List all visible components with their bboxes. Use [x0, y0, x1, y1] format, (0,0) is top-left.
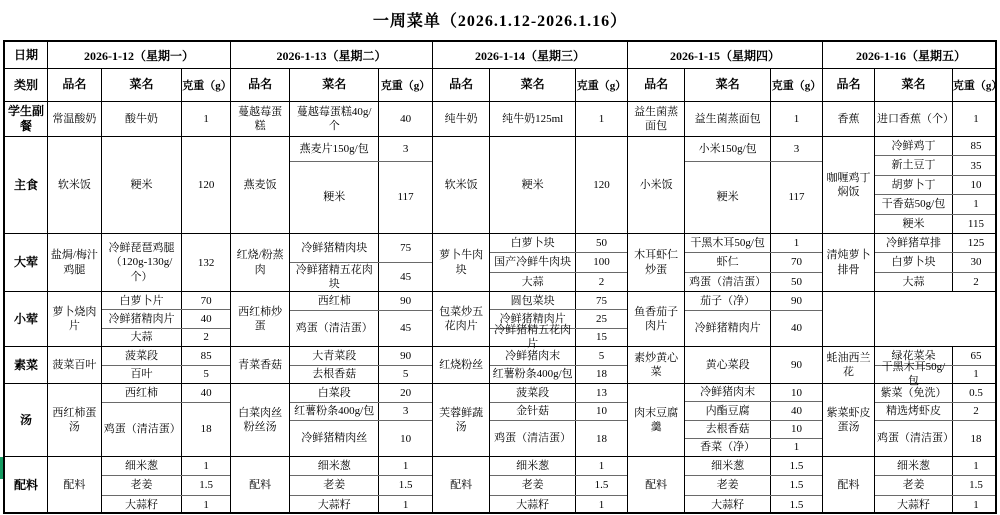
- item-row: [875, 292, 997, 346]
- product-cell: 菠菜百叶: [48, 347, 101, 383]
- items-column: 燕麦片150g/包3粳米117: [289, 137, 432, 233]
- product-cell: 燕麦饭: [231, 137, 289, 233]
- day-cell-block: 咖喱鸡丁焖饭冷鲜鸡丁85新土豆丁35胡萝卜丁10干香菇50g/包1粳米115: [822, 137, 997, 233]
- day-cell-block: 香蕉进口香蕉（个）1: [822, 102, 997, 136]
- item-row: 大蒜2: [102, 328, 230, 346]
- weight-header-cell: 克重（g）: [378, 69, 432, 101]
- dish-cell: 精选烤虾皮: [875, 403, 952, 421]
- weight-cell: 13: [575, 384, 627, 402]
- items-column: 细米葱1老姜1.5大蒜籽1: [874, 457, 997, 514]
- items-column: 细米葱1.5老姜1.5大蒜籽1.5: [684, 457, 822, 514]
- product-cell: 香蕉: [823, 102, 874, 136]
- items-column: 纯牛奶125ml1: [489, 102, 627, 136]
- dish-cell: 冷鲜猪肉末: [685, 384, 770, 401]
- product-cell: 西红柿炒蛋: [231, 292, 289, 346]
- day-cell-block: 纯牛奶纯牛奶125ml1: [432, 102, 627, 136]
- dish-cell: 细米葱: [685, 457, 770, 475]
- day-cell-block: 西红柿炒蛋西红柿90鸡蛋（清洁蛋）45: [230, 292, 432, 346]
- weight-cell: 1.5: [770, 476, 822, 494]
- dish-cell: 粳米: [685, 162, 770, 233]
- dish-cell: 老姜: [875, 476, 952, 494]
- weight-cell: 117: [378, 162, 432, 233]
- day-block-header: 2026-1-15（星期四）: [627, 42, 822, 68]
- weight-cell: 18: [952, 421, 997, 456]
- weight-cell: 15: [575, 329, 627, 346]
- dish-cell: 老姜: [490, 476, 575, 494]
- item-row: 细米葱1: [875, 457, 997, 475]
- item-row: 去根香菇5: [290, 365, 432, 384]
- weight-cell: 1: [575, 457, 627, 475]
- item-row: 紫菜（免洗）0.5: [875, 384, 997, 402]
- weight-cell: 90: [378, 292, 432, 310]
- weight-cell: 1: [952, 102, 997, 136]
- weight-cell: 2: [181, 329, 230, 346]
- dish-header-cell: 菜名: [290, 69, 378, 101]
- items-column: 大青菜段90去根香菇5: [289, 347, 432, 383]
- day-cell-block: 益生菌蒸面包益生菌蒸面包1: [627, 102, 822, 136]
- weight-cell: 10: [952, 176, 997, 194]
- items-column: 冷鲜猪肉末10内酯豆腐40去根香菇10香菜（净）1: [684, 384, 822, 456]
- item-row: 鸡蛋（清洁蛋）45: [290, 310, 432, 346]
- day-cell-block: 清炖萝卜排骨冷鲜猪草排125白萝卜块30大蒜2: [822, 234, 997, 291]
- weight-cell: 2: [575, 273, 627, 291]
- weight-cell: 5: [575, 347, 627, 365]
- product-header-cell: 品名: [231, 69, 289, 101]
- day-cell-block: 蔓越莓蛋糕蔓越莓蛋糕40g/个40: [230, 102, 432, 136]
- day-block-header: 2026-1-16（星期五）: [822, 42, 997, 68]
- selection-marker: [0, 457, 3, 479]
- weight-cell: 1: [575, 102, 627, 136]
- item-row: 胡萝卜丁10: [875, 175, 997, 194]
- weight-cell: 125: [952, 234, 997, 252]
- product-cell: 肉末豆腐羹: [628, 384, 684, 456]
- dish-cell: 粳米: [875, 215, 952, 233]
- category-cell: 素菜: [5, 347, 47, 383]
- dish-header-cell: 菜名: [490, 69, 575, 101]
- weight-cell: 1: [770, 102, 822, 136]
- dish-cell: 白萝卜块: [490, 234, 575, 252]
- product-cell: 紫菜虾皮蛋汤: [823, 384, 874, 456]
- items-column: 益生菌蒸面包1: [684, 102, 822, 136]
- item-row: 鸡蛋（清洁蛋）18: [102, 402, 230, 456]
- weight-cell: 1: [181, 102, 230, 136]
- dish-cell: 鸡蛋（清洁蛋）: [875, 421, 952, 456]
- dish-cell: 大青菜段: [290, 347, 378, 365]
- dish-cell: 冷鲜鸡丁: [875, 137, 952, 155]
- dish-weight-header: 菜名克重（g）: [289, 69, 432, 101]
- dish-cell: 国产冷鲜牛肉块: [490, 253, 575, 271]
- dish-cell: 白菜段: [290, 384, 378, 402]
- weight-cell: 1: [952, 457, 997, 475]
- item-row: 冷鲜猪肉末10: [685, 384, 822, 401]
- weight-cell: 90: [770, 292, 822, 310]
- weight-cell: 1: [181, 496, 230, 514]
- item-row: 大青菜段90: [290, 347, 432, 365]
- product-cell: 红烧/粉蒸肉: [231, 234, 289, 291]
- weight-cell: 50: [575, 234, 627, 252]
- weight-cell: 100: [575, 253, 627, 271]
- item-row: 冷鲜猪精五花肉片15: [490, 328, 627, 346]
- item-row: 白萝卜块30: [875, 252, 997, 271]
- dish-weight-header: 菜名克重（g）: [684, 69, 822, 101]
- weight-cell: 90: [770, 347, 822, 383]
- product-cell: 配料: [231, 457, 289, 514]
- item-row: 大蒜籽1.5: [685, 495, 822, 514]
- item-row: 内酯豆腐40: [685, 401, 822, 419]
- item-row: 冷鲜猪草排125: [875, 234, 997, 252]
- weight-cell: 70: [181, 292, 230, 309]
- items-column: 冷鲜猪肉末5红薯粉条400g/包18: [489, 347, 627, 383]
- dish-cell: 益生菌蒸面包: [685, 102, 770, 136]
- items-column: 菠菜段85百叶5: [101, 347, 230, 383]
- dish-cell: 老姜: [102, 476, 182, 494]
- item-row: 冷鲜猪精肉块75: [290, 234, 432, 262]
- day-cell-block: 素炒黄心菜黄心菜段90: [627, 347, 822, 383]
- weight-cell: 1: [952, 496, 997, 514]
- dish-cell: 紫菜（免洗）: [875, 384, 952, 402]
- dish-cell: 细米葱: [102, 457, 182, 475]
- weight-cell: 10: [770, 384, 822, 401]
- product-cell: 软米饭: [433, 137, 489, 233]
- item-row: 鸡蛋（清洁蛋）50: [685, 272, 822, 291]
- menu-table: 日期2026-1-12（星期一）2026-1-13（星期二）2026-1-14（…: [3, 40, 997, 514]
- day-cell-block: 配料细米葱1.5老姜1.5大蒜籽1.5: [627, 457, 822, 514]
- weight-cell: 18: [575, 366, 627, 384]
- item-row: 细米葱1: [490, 457, 627, 475]
- weight-cell: 70: [770, 253, 822, 271]
- product-cell: 芙蓉鲜蔬汤: [433, 384, 489, 456]
- header-item-row: 菜名克重（g）: [875, 69, 997, 101]
- dish-cell: 酸牛奶: [102, 102, 182, 136]
- dish-cell: 冷鲜猪精五花肉块: [290, 263, 378, 291]
- product-cell: 青菜香菇: [231, 347, 289, 383]
- product-cell: 西红柿蛋汤: [48, 384, 101, 456]
- column-header-block: 品名菜名克重（g）: [627, 69, 822, 101]
- day-cell-block: 鱼香茄子肉片茄子（净）90冷鲜猪精肉片40: [627, 292, 822, 346]
- day-cell-block: 木耳虾仁炒蛋干黑木耳50g/包1虾仁70鸡蛋（清洁蛋）50: [627, 234, 822, 291]
- menu-category-row: 汤西红柿蛋汤西红柿40鸡蛋（清洁蛋）18白菜肉丝粉丝汤白菜段20红薯粉条400g…: [5, 383, 995, 456]
- product-cell: 配料: [48, 457, 101, 514]
- weight-cell: 1: [378, 457, 432, 475]
- item-row: 圆包菜块75: [490, 292, 627, 309]
- weight-cell: 90: [378, 347, 432, 365]
- items-column: 干黑木耳50g/包1虾仁70鸡蛋（清洁蛋）50: [684, 234, 822, 291]
- page-title: 一周菜单（2026.1.12-2026.1.16）: [0, 8, 1000, 31]
- product-header-cell: 品名: [48, 69, 101, 101]
- items-column: 紫菜（免洗）0.5精选烤虾皮2鸡蛋（清洁蛋）18: [874, 384, 997, 456]
- item-row: 精选烤虾皮2: [875, 402, 997, 421]
- weight-cell: 117: [770, 162, 822, 233]
- weight-cell: 75: [378, 234, 432, 262]
- weight-cell: 40: [770, 311, 822, 346]
- dish-cell: 去根香菇: [290, 366, 378, 384]
- dish-cell: 细米葱: [490, 457, 575, 475]
- dish-header-cell: 菜名: [875, 69, 952, 101]
- weight-cell: 1.5: [181, 476, 230, 494]
- item-row: 酸牛奶1: [102, 102, 230, 136]
- items-column: 茄子（净）90冷鲜猪精肉片40: [684, 292, 822, 346]
- day-cell-block: 肉末豆腐羹冷鲜猪肉末10内酯豆腐40去根香菇10香菜（净）1: [627, 384, 822, 456]
- item-row: 百叶5: [102, 365, 230, 384]
- item-row: 西红柿90: [290, 292, 432, 310]
- menu-category-row: 学生副餐常温酸奶酸牛奶1蔓越莓蛋糕蔓越莓蛋糕40g/个40纯牛奶纯牛奶125ml…: [5, 101, 995, 136]
- item-row: 粳米115: [875, 214, 997, 233]
- item-row: 冷鲜猪精肉丝10: [290, 420, 432, 456]
- weight-cell: 1.5: [575, 476, 627, 494]
- item-row: 国产冷鲜牛肉块100: [490, 252, 627, 271]
- item-row: 白萝卜片70: [102, 292, 230, 309]
- product-cell: 配料: [823, 457, 874, 514]
- header-item-row: 菜名克重（g）: [685, 69, 822, 101]
- weight-cell: 40: [378, 102, 432, 136]
- item-row: 干黑木耳50g/包1: [685, 234, 822, 252]
- items-column: 白萝卜块50国产冷鲜牛肉块100大蒜2: [489, 234, 627, 291]
- dish-cell: [875, 292, 997, 346]
- dish-cell: 冷鲜猪精五花肉片: [490, 329, 575, 346]
- weight-cell: 1.5: [378, 476, 432, 494]
- day-cell-block: 西红柿蛋汤西红柿40鸡蛋（清洁蛋）18: [47, 384, 230, 456]
- day-cell-block: 配料细米葱1老姜1.5大蒜籽1: [822, 457, 997, 514]
- day-cell-block: 萝卜烧肉片白萝卜片70冷鲜猪精肉片40大蒜2: [47, 292, 230, 346]
- dish-cell: 小米150g/包: [685, 137, 770, 161]
- dish-cell: 老姜: [290, 476, 378, 494]
- product-header-cell: 品名: [433, 69, 489, 101]
- weight-cell: 1: [575, 496, 627, 514]
- item-row: 虾仁70: [685, 252, 822, 271]
- column-header-block: 品名菜名克重（g）: [47, 69, 230, 101]
- items-column: 黄心菜段90: [684, 347, 822, 383]
- items-column: 白菜段20红薯粉条400g/包3冷鲜猪精肉丝10: [289, 384, 432, 456]
- day-cell-block: 包菜炒五花肉片圆包菜块75冷鲜猪精肉片25冷鲜猪精五花肉片15: [432, 292, 627, 346]
- column-header-row: 类别品名菜名克重（g）品名菜名克重（g）品名菜名克重（g）品名菜名克重（g）品名…: [5, 68, 995, 101]
- dish-cell: 金针菇: [490, 403, 575, 421]
- dish-cell: 冷鲜猪精肉丝: [290, 421, 378, 456]
- dish-cell: 大蒜籽: [290, 496, 378, 514]
- item-row: 西红柿40: [102, 384, 230, 402]
- day-cell-block: 芙蓉鲜蔬汤菠菜段13金针菇10鸡蛋（清洁蛋）18: [432, 384, 627, 456]
- weight-cell: 10: [575, 403, 627, 421]
- item-row: 大蒜2: [875, 272, 997, 291]
- product-cell: 盐焗/梅汁鸡腿: [48, 234, 101, 291]
- weight-header-cell: 克重（g）: [575, 69, 627, 101]
- dish-cell: 大蒜: [875, 273, 952, 291]
- dish-cell: 西红柿: [102, 384, 182, 402]
- item-row: 鸡蛋（清洁蛋）18: [875, 420, 997, 456]
- weight-cell: 120: [575, 137, 627, 233]
- items-column: 进口香蕉（个）1: [874, 102, 997, 136]
- product-cell: 红烧粉丝: [433, 347, 489, 383]
- column-header-block: 品名菜名克重（g）: [432, 69, 627, 101]
- item-row: 冷鲜鸡丁85: [875, 137, 997, 155]
- weight-cell: 25: [575, 310, 627, 327]
- weight-cell: 5: [378, 366, 432, 384]
- weight-cell: 50: [770, 273, 822, 291]
- day-header-cell: 2026-1-15（星期四）: [628, 42, 822, 68]
- dish-cell: 内酯豆腐: [685, 402, 770, 419]
- weight-cell: 1.5: [952, 476, 997, 494]
- item-row: 粳米120: [490, 137, 627, 233]
- category-cell: 主食: [5, 137, 47, 233]
- dish-cell: 去根香菇: [685, 421, 770, 438]
- weight-cell: 40: [181, 384, 230, 402]
- dish-weight-header: 菜名克重（g）: [489, 69, 627, 101]
- item-row: 香菜（净）1: [685, 438, 822, 456]
- dish-cell: 粳米: [290, 162, 378, 233]
- product-cell: 软米饭: [48, 137, 101, 233]
- dish-cell: 干黑木耳50g/包: [685, 234, 770, 252]
- dish-cell: 鸡蛋（清洁蛋）: [290, 311, 378, 346]
- item-row: 冷鲜琵琶鸡腿（120g-130g/个）132: [102, 234, 230, 291]
- weight-cell: 120: [181, 137, 230, 233]
- item-row: 粳米117: [685, 161, 822, 233]
- menu-category-row: 素菜菠菜百叶菠菜段85百叶5青菜香菇大青菜段90去根香菇5红烧粉丝冷鲜猪肉末5红…: [5, 346, 995, 383]
- product-cell: 配料: [433, 457, 489, 514]
- category-cell: 汤: [5, 384, 47, 456]
- day-header-cell: 2026-1-14（星期三）: [433, 42, 627, 68]
- day-cell-block: 燕麦饭燕麦片150g/包3粳米117: [230, 137, 432, 233]
- column-header-block: 品名菜名克重（g）: [230, 69, 432, 101]
- product-cell: 蔓越莓蛋糕: [231, 102, 289, 136]
- items-column: 菠菜段13金针菇10鸡蛋（清洁蛋）18: [489, 384, 627, 456]
- dish-cell: 鸡蛋（清洁蛋）: [685, 273, 770, 291]
- item-row: 冷鲜猪精肉片40: [102, 309, 230, 327]
- day-cell-block: 红烧/粉蒸肉冷鲜猪精肉块75冷鲜猪精五花肉块45: [230, 234, 432, 291]
- product-cell: 素炒黄心菜: [628, 347, 684, 383]
- item-row: 菠菜段85: [102, 347, 230, 365]
- header-item-row: 菜名克重（g）: [290, 69, 432, 101]
- dish-cell: 白萝卜块: [875, 253, 952, 271]
- header-item-row: 菜名克重（g）: [490, 69, 627, 101]
- product-cell: 咖喱鸡丁焖饭: [823, 137, 874, 233]
- day-cell-block: 配料细米葱1老姜1.5大蒜籽1: [230, 457, 432, 514]
- items-column: 细米葱1老姜1.5大蒜籽1: [489, 457, 627, 514]
- product-header-cell: 品名: [823, 69, 874, 101]
- product-cell: 配料: [628, 457, 684, 514]
- weight-cell: 40: [770, 402, 822, 419]
- product-cell: 萝卜牛肉块: [433, 234, 489, 291]
- item-row: 老姜1.5: [875, 475, 997, 494]
- day-cell-block: 紫菜虾皮蛋汤紫菜（免洗）0.5精选烤虾皮2鸡蛋（清洁蛋）18: [822, 384, 997, 456]
- header-item-row: 菜名克重（g）: [102, 69, 230, 101]
- category-cell: 大荤: [5, 234, 47, 291]
- dish-cell: 老姜: [685, 476, 770, 494]
- item-row: 冷鲜猪精五花肉块45: [290, 262, 432, 291]
- dish-cell: 粳米: [102, 137, 182, 233]
- item-row: 干香菇50g/包1: [875, 194, 997, 213]
- day-header-cell: 2026-1-12（星期一）: [48, 42, 230, 68]
- day-block-header: 2026-1-13（星期二）: [230, 42, 432, 68]
- items-column: 粳米120: [489, 137, 627, 233]
- items-column: 冷鲜鸡丁85新土豆丁35胡萝卜丁10干香菇50g/包1粳米115: [874, 137, 997, 233]
- day-cell-block: [822, 292, 997, 346]
- day-cell-block: 萝卜牛肉块白萝卜块50国产冷鲜牛肉块100大蒜2: [432, 234, 627, 291]
- day-header-cell: 2026-1-16（星期五）: [823, 42, 997, 68]
- menu-category-row: 主食软米饭粳米120燕麦饭燕麦片150g/包3粳米117软米饭粳米120小米饭小…: [5, 136, 995, 233]
- weight-cell: 3: [378, 137, 432, 161]
- item-row: 大蒜籽1: [875, 495, 997, 514]
- item-row: 黄心菜段90: [685, 347, 822, 383]
- weight-cell: 65: [952, 347, 997, 365]
- weight-cell: 40: [181, 310, 230, 327]
- dish-cell: 冷鲜猪草排: [875, 234, 952, 252]
- dish-cell: 冷鲜猪精肉片: [102, 310, 182, 327]
- weight-cell: 10: [378, 421, 432, 456]
- items-column: 冷鲜猪精肉块75冷鲜猪精五花肉块45: [289, 234, 432, 291]
- dish-cell: 蔓越莓蛋糕40g/个: [290, 102, 378, 136]
- items-column: [874, 292, 997, 346]
- weight-cell: 45: [378, 263, 432, 291]
- item-row: 白菜段20: [290, 384, 432, 402]
- product-cell: 蚝油西兰花: [823, 347, 874, 383]
- item-row: 进口香蕉（个）1: [875, 102, 997, 136]
- product-cell: 鱼香茄子肉片: [628, 292, 684, 346]
- item-row: 老姜1.5: [490, 475, 627, 494]
- dish-header-cell: 菜名: [102, 69, 182, 101]
- day-cell-block: 小米饭小米150g/包3粳米117: [627, 137, 822, 233]
- items-column: 蔓越莓蛋糕40g/个40: [289, 102, 432, 136]
- item-row: 红薯粉条400g/包3: [290, 402, 432, 421]
- dish-cell: 冷鲜猪精肉片: [685, 311, 770, 346]
- product-cell: 纯牛奶: [433, 102, 489, 136]
- item-row: 大蒜籽1: [490, 495, 627, 514]
- items-column: 圆包菜块75冷鲜猪精肉片25冷鲜猪精五花肉片15: [489, 292, 627, 346]
- dish-cell: 进口香蕉（个）: [875, 102, 952, 136]
- product-cell: 白菜肉丝粉丝汤: [231, 384, 289, 456]
- dish-cell: 新土豆丁: [875, 156, 952, 174]
- dish-cell: 百叶: [102, 366, 182, 384]
- dish-cell: 大蒜: [490, 273, 575, 291]
- items-column: 西红柿40鸡蛋（清洁蛋）18: [101, 384, 230, 456]
- weight-cell: 1: [952, 366, 997, 384]
- product-cell: [823, 292, 874, 346]
- dish-cell: 细米葱: [290, 457, 378, 475]
- weight-cell: 35: [952, 156, 997, 174]
- day-cell-block: 常温酸奶酸牛奶1: [47, 102, 230, 136]
- item-row: 鸡蛋（清洁蛋）18: [490, 420, 627, 456]
- category-cell: 配料: [5, 457, 47, 514]
- category-cell: 小荤: [5, 292, 47, 346]
- dish-cell: 圆包菜块: [490, 292, 575, 309]
- dish-weight-header: 菜名克重（g）: [874, 69, 997, 101]
- dish-cell: 大蒜: [102, 329, 182, 346]
- item-row: 干黑木耳50g/包1: [875, 365, 997, 384]
- dish-cell: 纯牛奶125ml: [490, 102, 575, 136]
- day-cell-block: 配料细米葱1老姜1.5大蒜籽1: [432, 457, 627, 514]
- weight-cell: 1: [770, 234, 822, 252]
- product-cell: 益生菌蒸面包: [628, 102, 684, 136]
- day-header-cell: 2026-1-13（星期二）: [231, 42, 432, 68]
- weight-cell: 85: [181, 347, 230, 365]
- weight-cell: 2: [952, 403, 997, 421]
- item-row: 红薯粉条400g/包18: [490, 365, 627, 384]
- product-cell: 清炖萝卜排骨: [823, 234, 874, 291]
- weight-header-cell: 克重（g）: [952, 69, 997, 101]
- item-row: 大蒜籽1: [102, 495, 230, 514]
- item-row: 老姜1.5: [685, 475, 822, 494]
- dish-cell: 大蒜籽: [490, 496, 575, 514]
- item-row: 蔓越莓蛋糕40g/个40: [290, 102, 432, 136]
- item-row: 冷鲜猪精肉片40: [685, 310, 822, 346]
- dish-cell: 细米葱: [875, 457, 952, 475]
- weight-cell: 1.5: [770, 457, 822, 475]
- product-cell: 常温酸奶: [48, 102, 101, 136]
- weight-cell: 3: [770, 137, 822, 161]
- item-row: 菠菜段13: [490, 384, 627, 402]
- dish-cell: 粳米: [490, 137, 575, 233]
- items-column: 小米150g/包3粳米117: [684, 137, 822, 233]
- items-column: 冷鲜琵琶鸡腿（120g-130g/个）132: [101, 234, 230, 291]
- dish-cell: 冷鲜琵琶鸡腿（120g-130g/个）: [102, 234, 182, 291]
